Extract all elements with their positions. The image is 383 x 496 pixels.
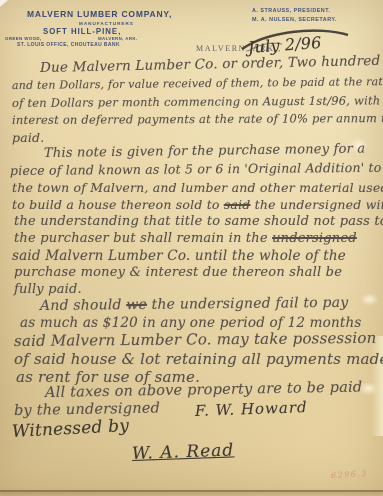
company-name: MALVERN LUMBER COMPANY, (27, 9, 172, 19)
handwritten-line: of said house & lot retaining all paymen… (14, 350, 383, 368)
handwritten-line: said Malvern Lumber Co. until the whole … (12, 248, 346, 264)
handwritten-line: Due Malvern Lumber Co. or order, Two hun… (40, 53, 381, 76)
struck-word: said (224, 197, 251, 212)
line-post: the undersigned fail to pay (147, 295, 349, 313)
mills-line-right: MALVERN, ARK. (98, 36, 138, 41)
witness-signature: W. A. Read (132, 440, 235, 464)
handwritten-line: and ten Dollars, for value received of t… (12, 75, 383, 92)
line-pre: to build a house thereon sold to (12, 197, 224, 212)
handwritten-line: of ten Dollars per month commencing on A… (12, 93, 380, 110)
catalog-number: 6296.3 (331, 469, 368, 480)
handwritten-line: to build a house thereon sold to said th… (12, 197, 383, 212)
mills-line-left: GREEN WOOD, (5, 36, 42, 41)
secretary-line: M. A. NULSEN, SECRETARY. (252, 17, 337, 23)
company-product: SOFT HILL-PINE, (43, 27, 121, 36)
handwritten-line: interest on deferred payments at the rat… (12, 111, 383, 127)
president-line: A. STRAUSS, PRESIDENT. (252, 8, 330, 14)
line-post: the undersigned with (250, 197, 383, 212)
struck-word: we (126, 297, 147, 313)
handwritten-line: piece of land known as lot 5 or 6 in 'Or… (10, 160, 382, 178)
office-line: ST. LOUIS OFFICE, CHOUTEAU BANK (17, 42, 120, 48)
company-subtitle: MANUFACTURERS (79, 21, 134, 26)
line-pre: the purchaser but shall remain in the (14, 231, 272, 246)
handwritten-line: fully paid. (14, 282, 82, 297)
handwritten-line: the purchaser but shall remain in the un… (14, 231, 357, 246)
handwritten-line: said Malvern Lumber Co. may take possess… (14, 329, 377, 350)
handwritten-line: the town of Malvern, and lumber and othe… (12, 180, 383, 195)
handwritten-line: paid. (12, 130, 44, 145)
witness-label: Witnessed by (11, 416, 129, 442)
struck-word: undersigned (272, 231, 357, 246)
maker-signature: F. W. Howard (195, 398, 308, 420)
document-page: MALVERN LUMBER COMPANY, MANUFACTURERS SO… (0, 0, 383, 496)
line-pre: And should (40, 297, 126, 314)
handwritten-line: purchase money & interest due thereon sh… (14, 265, 342, 280)
handwritten-line: the understanding that title to same sho… (14, 214, 383, 229)
paper-corner-flaw (0, 0, 8, 7)
handwritten-line: And should we the undersigned fail to pa… (40, 295, 349, 314)
paper-bottom-edge (0, 490, 383, 492)
handwritten-line: This note is given for the purchase mone… (44, 142, 365, 161)
paper-spot (361, 293, 378, 306)
handwritten-line: by the undersigned (14, 400, 160, 419)
